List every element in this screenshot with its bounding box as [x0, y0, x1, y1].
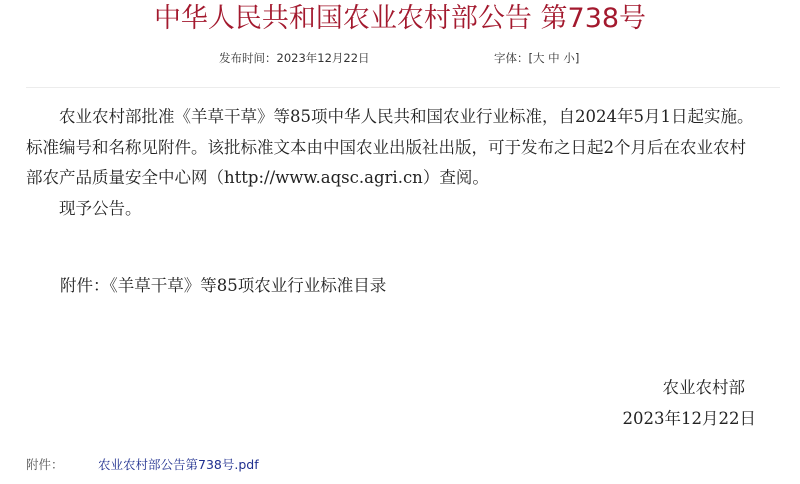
publish-date: 发布时间：2023年12月22日 — [219, 50, 370, 66]
signature-org: 农业农村部 — [0, 374, 745, 398]
font-size-large[interactable]: 大 — [533, 51, 545, 65]
header-divider — [26, 87, 780, 88]
body-paragraph-2: 现予公告。 — [26, 194, 776, 225]
article-meta: 发布时间：2023年12月22日 字体：[大 中 小] — [0, 50, 800, 68]
attachment-title: 附件：《羊草干草》等85项农业行业标准目录 — [60, 272, 386, 296]
body-paragraph-1: 农业农村部批准《羊草干草》等85项中华人民共和国农业行业标准，自2024年5月1… — [26, 102, 776, 133]
bracket-close: ] — [575, 51, 580, 65]
font-size-small[interactable]: 小 — [563, 51, 575, 65]
signature-date: 2023年12月22日 — [0, 405, 756, 429]
page-title: 中华人民共和国农业农村部公告 第738号 — [0, 0, 800, 38]
font-size-selector: 字体：[大 中 小] — [494, 50, 579, 66]
attachment-files: 附件：农业农村部公告第738号.pdf — [26, 455, 259, 473]
body-line-1: 农业农村部批准《羊草干草》等85项中华人民共和国农业行业标准，自2024年5月1… — [59, 107, 753, 126]
body-paragraph-1-cont: 标准编号和名称见附件。该批标准文本由中国农业出版社出版，可于发布之日起2个月后在… — [26, 133, 776, 194]
publish-date-value: 2023年12月22日 — [277, 51, 370, 65]
body-line-3: 部农产品质量安全中心网（http://www.aqsc.agri.cn）查阅。 — [26, 168, 489, 187]
article-body: 农业农村部批准《羊草干草》等85项中华人民共和国农业行业标准，自2024年5月1… — [26, 102, 776, 224]
font-size-medium[interactable]: 中 — [548, 51, 560, 65]
publish-label: 发布时间： — [219, 51, 277, 65]
attachment-pdf-link[interactable]: 农业农村部公告第738号.pdf — [98, 457, 259, 472]
font-size-label: 字体： — [494, 51, 529, 65]
attachment-label: 附件： — [26, 455, 98, 473]
body-line-2: 标准编号和名称见附件。该批标准文本由中国农业出版社出版，可于发布之日起2个月后在… — [26, 138, 746, 157]
